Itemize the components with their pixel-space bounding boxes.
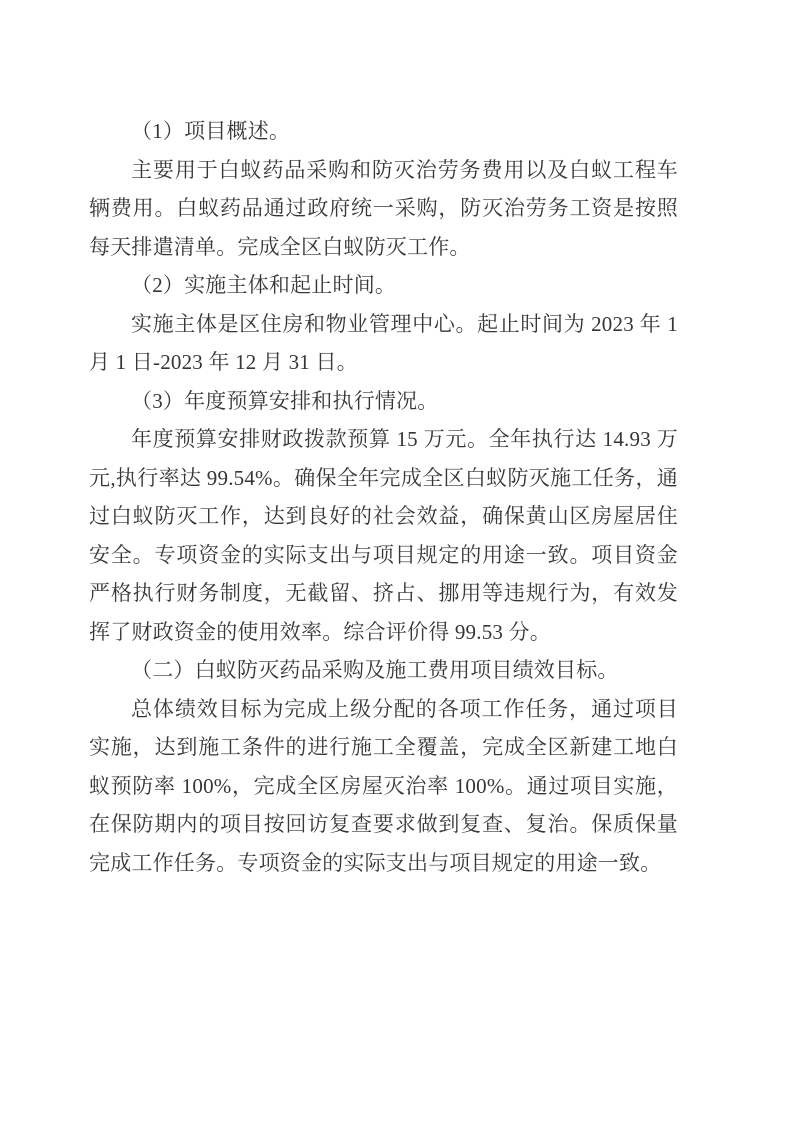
para-performance-target: 总体绩效目标为完成上级分配的各项工作任务，通过项目实施，达到施工条件的进行施工全… [89,690,678,883]
para-project-description: 主要用于白蚁药品采购和防灭治劳务费用以及白蚁工程车辆费用。白蚁药品通过政府统一采… [89,151,678,267]
heading-performance-target: （二）白蚁防灭药品采购及施工费用项目绩效目标。 [89,651,678,690]
para-annual-budget-execution: 年度预算安排财政拨款预算 15 万元。全年执行达 14.93 万元,执行率达 9… [89,420,678,651]
heading-project-overview: （1）项目概述。 [89,112,678,151]
heading-annual-budget-execution: （3）年度预算安排和执行情况。 [89,382,678,421]
heading-implementation-subject-period: （2）实施主体和起止时间。 [89,266,678,305]
document-body: （1）项目概述。 主要用于白蚁药品采购和防灭治劳务费用以及白蚁工程车辆费用。白蚁… [89,112,678,882]
para-implementation-subject-period: 实施主体是区住房和物业管理中心。起止时间为 2023 年 1 月 1 日-202… [89,305,678,382]
document-page: （1）项目概述。 主要用于白蚁药品采购和防灭治劳务费用以及白蚁工程车辆费用。白蚁… [0,0,793,1122]
